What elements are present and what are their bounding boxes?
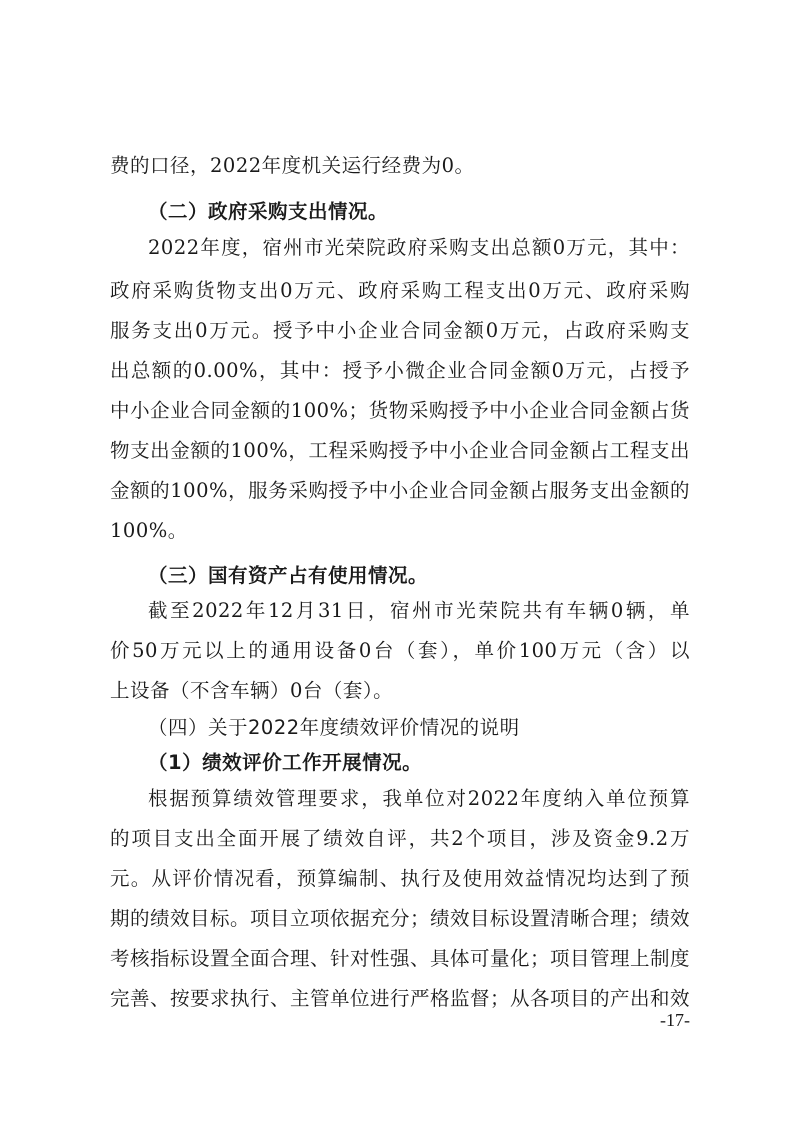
- body-text-line: 元。从评价情况看，预算编制、执行及使用效益情况均达到了预: [110, 863, 690, 895]
- body-text-line: 政府采购货物支出0万元、政府采购工程支出0万元、政府采购: [110, 275, 690, 307]
- body-text-line: 金额的100%，服务采购授予中小企业合同金额占服务支出金额的: [110, 475, 690, 507]
- body-text-line: 中小企业合同金额的100%；货物采购授予中小企业合同金额占货: [110, 395, 690, 427]
- paragraph-first-line: 2022年度，宿州市光荣院政府采购支出总额0万元，其中：: [148, 232, 690, 264]
- body-text-line: 出总额的0.00%，其中：授予小微企业合同金额0万元，占授予: [110, 355, 690, 387]
- body-text-line: 期的绩效目标。项目立项依据充分；绩效目标设置清晰合理；绩效: [110, 903, 690, 935]
- body-text-line: 完善、按要求执行、主管单位进行严格监督；从各项目的产出和效: [110, 983, 690, 1015]
- section-heading: （1）绩效评价工作开展情况。: [148, 747, 690, 779]
- paragraph-first-line: 截至2022年12月31日，宿州市光荣院共有车辆0辆，单: [148, 595, 690, 627]
- body-text-line: 100%。: [110, 515, 690, 547]
- section-heading: （三）国有资产占有使用情况。: [148, 560, 690, 592]
- section-heading: （四）关于2022年度绩效评价情况的说明: [148, 712, 690, 744]
- body-text-line: 的项目支出全面开展了绩效自评，共2个项目，涉及资金9.2万: [110, 823, 690, 855]
- body-text-line: 物支出金额的100%，工程采购授予中小企业合同金额占工程支出: [110, 435, 690, 467]
- section-heading: （二）政府采购支出情况。: [148, 196, 690, 228]
- body-text-line: 考核指标设置全面合理、针对性强、具体可量化；项目管理上制度: [110, 943, 690, 975]
- body-text-line: 费的口径，2022年度机关运行经费为0。: [110, 150, 690, 182]
- page-number: -17-: [660, 1010, 690, 1031]
- body-text-line: 服务支出0万元。授予中小企业合同金额0万元，占政府采购支: [110, 315, 690, 347]
- body-text-line: 上设备（不含车辆）0台（套）。: [110, 675, 690, 707]
- body-text-line: 价50万元以上的通用设备0台（套），单价100万元（含）以: [110, 635, 690, 667]
- paragraph-first-line: 根据预算绩效管理要求，我单位对2022年度纳入单位预算: [148, 783, 690, 815]
